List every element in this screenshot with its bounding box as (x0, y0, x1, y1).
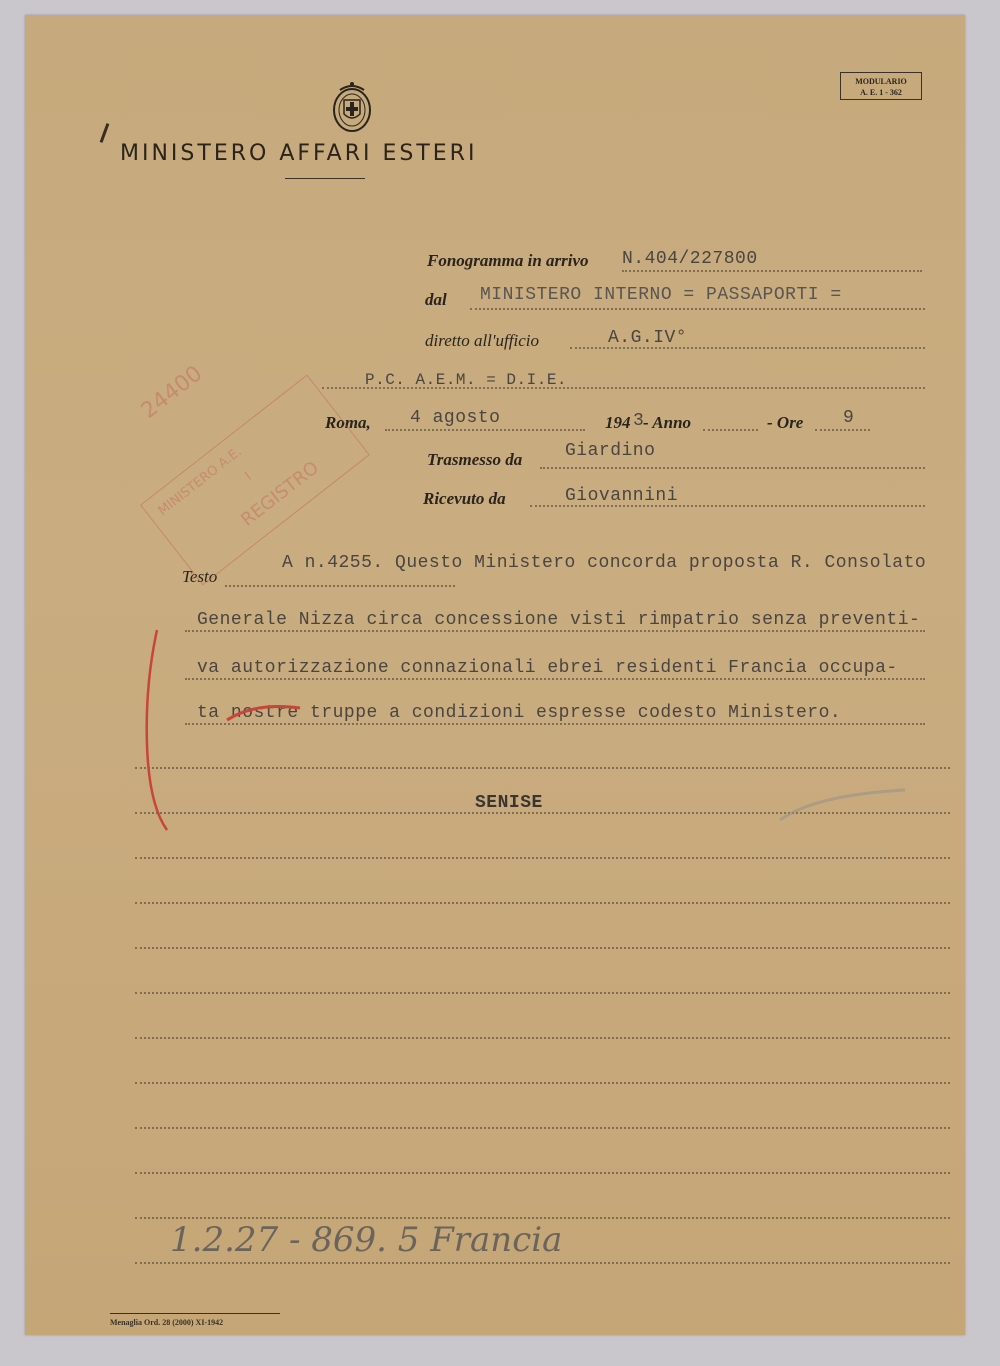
anno-line (703, 429, 758, 431)
body-rule-12 (135, 1082, 950, 1084)
copy-line (322, 387, 925, 389)
ministry-title: MINISTERO AFFARI ESTERI (120, 141, 477, 166)
ore-label: - Ore (767, 413, 803, 433)
stamp-line1: MINISTERO A.E. (155, 444, 244, 518)
footer-rule (110, 1313, 280, 1314)
roma-value: 4 agosto (410, 408, 500, 428)
trasmesso-line (540, 467, 925, 469)
dal-value: MINISTERO INTERNO = PASSAPORTI = (480, 285, 842, 305)
form-code-line1: MODULARIO (841, 76, 921, 87)
diretto-line (570, 347, 925, 349)
savoy-coat-of-arms-icon (330, 78, 374, 134)
handwritten-archive-note: 1.2.27 - 869. 5 Francia (170, 1220, 562, 1260)
printer-imprint: Menaglia Ord. 28 (2000) XI-1942 (110, 1318, 223, 1327)
stamp-line3: REGISTRO (237, 457, 323, 530)
testo-line-short (225, 585, 455, 587)
body-rule-8 (135, 902, 950, 904)
dal-label: dal (425, 290, 447, 310)
fonogramma-label: Fonogramma in arrivo (427, 251, 589, 271)
diretto-value: A.G.IV° (608, 328, 687, 348)
diretto-label: diretto all'ufficio (425, 331, 539, 351)
body-rule-16 (135, 1262, 950, 1264)
body-rule-13 (135, 1127, 950, 1129)
ricevuto-value: Giovannini (565, 486, 678, 506)
body-line-1: A n.4255. Questo Ministero concorda prop… (282, 553, 926, 573)
fonogramma-line (622, 270, 922, 272)
ricevuto-label: Ricevuto da (423, 489, 506, 509)
trasmesso-label: Trasmesso da (427, 450, 522, 470)
body-rule-15 (135, 1217, 950, 1219)
form-code-box: MODULARIO A. E. 1 - 362 (840, 72, 922, 100)
red-pencil-bracket (135, 625, 175, 845)
ink-mark (100, 123, 110, 143)
trasmesso-value: Giardino (565, 441, 655, 461)
red-pencil-underline (225, 700, 305, 725)
year-prefix: 194 (605, 413, 631, 433)
stamp-number: 24400 (137, 361, 208, 424)
body-rule-7 (135, 857, 950, 859)
body-rule-2 (185, 630, 925, 632)
body-rule-14 (135, 1172, 950, 1174)
signature: SENISE (475, 793, 543, 813)
body-rule-11 (135, 1037, 950, 1039)
roma-line (385, 429, 585, 431)
title-underline (285, 178, 365, 179)
body-rule-9 (135, 947, 950, 949)
ore-line (815, 429, 870, 431)
anno-label: - Anno (643, 413, 691, 433)
body-rule-3 (185, 678, 925, 680)
fonogramma-value: N.404/227800 (622, 249, 758, 269)
body-rule-5 (135, 767, 950, 769)
pencil-mark (775, 785, 915, 825)
dal-line (470, 308, 925, 310)
stamp-line2: I (242, 470, 254, 484)
body-line-2: Generale Nizza circa concessione visti r… (197, 610, 920, 630)
body-line-3: va autorizzazione connazionali ebrei res… (197, 658, 898, 678)
body-rule-10 (135, 992, 950, 994)
document-sheet: MINISTERO AFFARI ESTERI MODULARIO A. E. … (25, 15, 965, 1335)
ore-value: 9 (843, 408, 854, 428)
form-code-line2: A. E. 1 - 362 (841, 87, 921, 98)
ricevuto-line (530, 505, 925, 507)
